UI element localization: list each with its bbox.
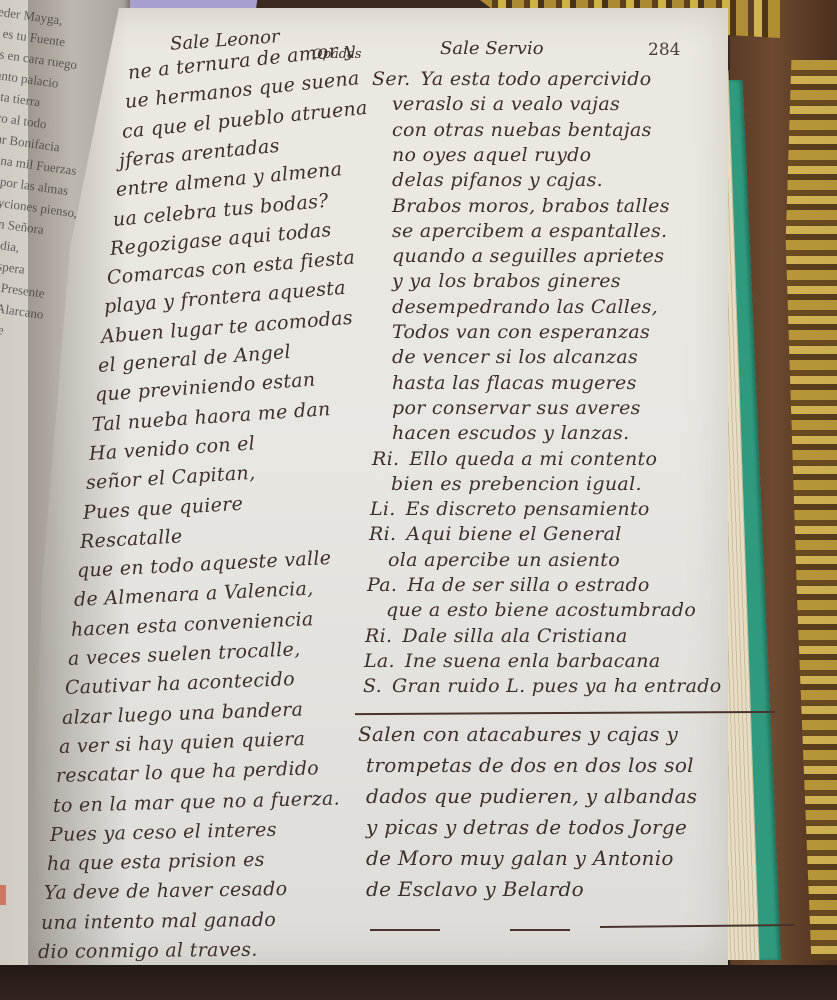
dialogue-line: Todos van con esperanzas xyxy=(392,321,650,343)
dialogue-text: hacen escudos y lanzas. xyxy=(392,422,629,444)
dialogue-line: hacen escudos y lanzas. xyxy=(392,422,629,444)
left-column-line: Ya deve de haver cesado xyxy=(44,878,288,904)
dialogue-text: veraslo si a vealo vajas xyxy=(392,93,620,115)
dialogue-text: Es discreto pensamiento xyxy=(406,498,650,520)
dialogue-text: delas pifanos y cajas. xyxy=(392,169,603,191)
dialogue-line: hasta las flacas mugeres xyxy=(392,372,637,394)
speaker-label: Pa. xyxy=(367,574,397,596)
divider-rule-bottom-2 xyxy=(510,929,570,931)
dialogue-line: veraslo si a vealo vajas xyxy=(392,93,620,115)
speaker-label: Ri. xyxy=(372,448,399,470)
stage-direction-line: trompetas de dos en dos los sol xyxy=(366,753,694,777)
dialogue-text: Aqui biene el General xyxy=(406,523,621,545)
dialogue-line: que a esto biene acostumbrado xyxy=(386,599,696,621)
page-number: 284 xyxy=(648,40,680,60)
dialogue-line: ola apercibe un asiento xyxy=(388,549,620,571)
dialogue-line: La.Ine suena enla barbacana xyxy=(364,650,660,672)
dialogue-text: ola apercibe un asiento xyxy=(388,549,620,571)
dialogue-text: con otras nuebas bentajas xyxy=(392,119,652,141)
dialogue-line: delas pifanos y cajas. xyxy=(392,169,603,191)
stage-direction-line: dados que pudieren, y albandas xyxy=(366,784,697,808)
dialogue-line: Ri.Dale silla ala Cristiana xyxy=(365,625,628,647)
dialogue-text: Gran ruido L. pues ya ha entrado xyxy=(392,675,721,697)
stage-direction-line: de Moro muy galan y Antonio xyxy=(366,846,674,870)
dialogue-line: por conservar sus averes xyxy=(392,397,641,419)
dialogue-line: se apercibem a espantalles. xyxy=(392,220,667,242)
dialogue-line: Pa.Ha de ser silla o estrado xyxy=(367,574,650,596)
speaker-label: S. xyxy=(363,675,382,697)
dialogue-line: Ri.Ello queda a mi contento xyxy=(372,448,657,470)
book-bottom-edge xyxy=(0,965,837,1000)
dialogue-line: de vencer si los alcanzas xyxy=(392,346,638,368)
dialogue-text: Brabos moros, brabos talles xyxy=(392,195,670,217)
dialogue-text: bien es prebencion igual. xyxy=(391,473,642,495)
dialogue-text: desempedrando las Calles, xyxy=(392,296,658,318)
dialogue-line: y ya los brabos gineres xyxy=(392,270,621,292)
speaker-label: Ser. xyxy=(372,68,411,90)
dialogue-text: quando a seguilles aprietes xyxy=(392,245,664,267)
dialogue-text: hasta las flacas mugeres xyxy=(392,372,637,394)
dialogue-line: con otras nuebas bentajas xyxy=(392,119,652,141)
dialogue-line: Brabos moros, brabos talles xyxy=(392,195,670,217)
dialogue-text: no oyes aquel ruydo xyxy=(392,144,591,166)
dialogue-text: Ha de ser silla o estrado xyxy=(407,574,649,596)
speaker-label: La. xyxy=(364,650,395,672)
speaker-label: Li. xyxy=(370,498,396,520)
dialogue-text: de vencer si los alcanzas xyxy=(392,346,638,368)
dialogue-text: Todos van con esperanzas xyxy=(392,321,650,343)
dialogue-text: Ello queda a mi contento xyxy=(409,448,657,470)
stage-direction-line: de Esclavo y Belardo xyxy=(366,877,584,901)
dialogue-line: desempedrando las Calles, xyxy=(392,296,658,318)
speaker-label: Ri. xyxy=(369,523,396,545)
dialogue-text: Ine suena enla barbacana xyxy=(405,650,661,672)
dialogue-line: no oyes aquel ruydo xyxy=(392,144,591,166)
dialogue-text: Ya esta todo apercivido xyxy=(421,68,652,90)
left-column-line: ha que esta prision es xyxy=(47,849,265,875)
dialogue-line: Li.Es discreto pensamiento xyxy=(370,498,650,520)
stage-direction-line: Salen con atacabures y cajas y xyxy=(358,722,678,746)
left-column-line: dio conmigo al traves. xyxy=(38,939,258,963)
red-margin-mark xyxy=(0,885,6,905)
dialogue-text: y ya los brabos gineres xyxy=(392,270,621,292)
dialogue-text: que a esto biene acostumbrado xyxy=(386,599,696,621)
divider-rule-bottom-1 xyxy=(370,929,440,931)
dialogue-line: bien es prebencion igual. xyxy=(391,473,642,495)
dialogue-text: se apercibem a espantalles. xyxy=(392,220,667,242)
stage-direction-line: y picas y detras de todos Jorge xyxy=(366,815,687,839)
right-column-heading: Sale Servio xyxy=(440,38,544,59)
manuscript-photo: efore ceder Mayga,ar es tu Fuentedos en … xyxy=(0,0,837,1000)
dialogue-line: Ser.Ya esta todo apercivido xyxy=(372,68,652,90)
dialogue-text: Dale silla ala Cristiana xyxy=(402,625,627,647)
left-column-line: una intento mal ganado xyxy=(41,908,276,933)
dialogue-line: quando a seguilles aprietes xyxy=(392,245,664,267)
dialogue-line: Ri.Aqui biene el General xyxy=(369,523,622,545)
speaker-label: Ri. xyxy=(365,625,392,647)
dialogue-line: S.Gran ruido L. pues ya ha entrado xyxy=(363,675,721,697)
dialogue-text: por conservar sus averes xyxy=(392,397,641,419)
